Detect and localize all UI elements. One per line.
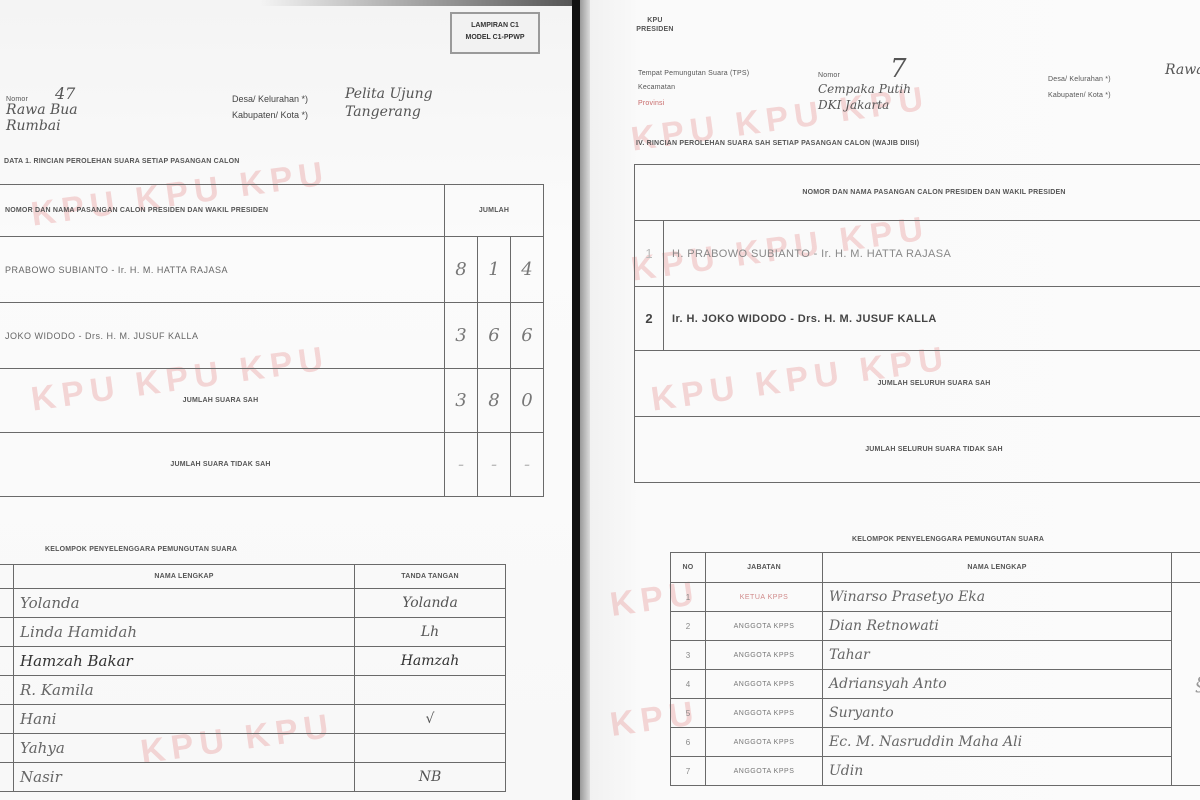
province-label: Provinsi (638, 100, 665, 107)
section-title: IV. RINCIAN PEROLEHAN SUARA SAH SETIAP P… (636, 140, 919, 147)
officers-title: KELOMPOK PENYELENGGARA PEMUNGUTAN SUARA (852, 536, 1044, 543)
kpu-logo-caption: KPU PRESIDEN (630, 16, 680, 34)
village-label: Desa/ Kelurahan *) (232, 94, 308, 104)
officers-header-no: NO (671, 553, 706, 583)
vote-digit: 6 (511, 303, 544, 369)
officer-signature: Lh (355, 618, 506, 647)
candidate-name: JOKO WIDODO - Drs. H. M. JUSUF KALLA (0, 303, 445, 369)
vote-digit: 3 (445, 303, 478, 369)
officers-header-name: NAMA LENGKAP (14, 565, 355, 589)
officer-name: Nasir (14, 763, 355, 792)
vote-table-header-name: NOMOR DAN NAMA PASANGAN CALON PRESIDEN D… (635, 165, 1200, 221)
district-label: Kecamatan (638, 84, 675, 91)
officers-header-sign: TANDA TANGAN (355, 565, 506, 589)
officer-row: 4 ANGGOTA KPPS Adriansyah Anto (671, 670, 1200, 699)
officer-signatures-column: § (1172, 583, 1200, 786)
officers-header-sign (1172, 553, 1200, 583)
officer-no: 3 (671, 641, 706, 670)
vote-digit: 3 (445, 369, 478, 433)
vote-table-header-name: NOMOR DAN NAMA PASANGAN CALON PRESIDEN D… (0, 185, 445, 237)
officer-name: Ec. M. Nasruddin Maha Ali (823, 728, 1172, 757)
vote-digit: 8 (478, 369, 511, 433)
vote-tally-table: NOMOR DAN NAMA PASANGAN CALON PRESIDEN D… (0, 184, 544, 497)
officers-table: NO JABATAN NAMA LENGKAP 1 KETUA KPPS Win… (670, 552, 1200, 786)
form-badge-line: MODEL C1-PPWP (452, 32, 538, 44)
vote-row: PRABOWO SUBIANTO - Ir. H. M. HATTA RAJAS… (0, 237, 544, 303)
district-value: Tangerang (345, 104, 421, 120)
vote-digit: 4 (511, 237, 544, 303)
district-label: Kabupaten/ Kota *) (232, 110, 308, 120)
vote-row: 2 Ir. H. JOKO WIDODO - Drs. H. M. JUSUF … (635, 287, 1200, 351)
officer-signature: Yolanda (355, 589, 506, 618)
village-value: Pelita Ujung (345, 86, 433, 102)
officer-name: Hamzah Bakar (14, 647, 355, 676)
village-label: Desa/ Kelurahan *) (1048, 76, 1111, 83)
officers-title: KELOMPOK PENYELENGGARA PEMUNGUTAN SUARA (45, 546, 237, 553)
logo-caption-line: KPU (630, 16, 680, 25)
officer-name: Hani (14, 705, 355, 734)
officer-row: 6 ANGGOTA KPPS Ec. M. Nasruddin Maha Ali (671, 728, 1200, 757)
officer-row: 7 ANGGOTA KPPS Udin (671, 757, 1200, 786)
vote-digit: 1 (478, 237, 511, 303)
section-title: DATA 1. RINCIAN PEROLEHAN SUARA SETIAP P… (4, 158, 240, 165)
officer-row: 3 ANGGOTA KPPS Tahar (671, 641, 1200, 670)
officer-row: Linda HamidahLh (0, 618, 506, 647)
officer-role: KETUA KPPS (706, 583, 823, 612)
officers-no-header (0, 565, 14, 589)
officer-name: Tahar (823, 641, 1172, 670)
total-valid-label: JUMLAH SUARA SAH (0, 369, 445, 433)
vote-digit: - (511, 433, 544, 497)
officer-no: 7 (671, 757, 706, 786)
candidate-name: PRABOWO SUBIANTO - Ir. H. M. HATTA RAJAS… (0, 237, 445, 303)
provinsi-value: DKI Jakarta (818, 98, 889, 112)
officer-signature (355, 734, 506, 763)
officer-role: ANGGOTA KPPS (706, 670, 823, 699)
officer-role: ANGGOTA KPPS (706, 757, 823, 786)
kelurahan-handwritten: Rawa Bua Rumbai (6, 102, 116, 134)
officers-header-role: JABATAN (706, 553, 823, 583)
officer-name: Dian Retnowati (823, 612, 1172, 641)
officer-row: Yahya (0, 734, 506, 763)
officer-signature: Hamzah (355, 647, 506, 676)
tps-number: 47 (55, 84, 75, 103)
regency-label: Kabupaten/ Kota *) (1048, 92, 1111, 99)
officer-name: R. Kamila (14, 676, 355, 705)
vote-row: JUMLAH SUARA SAH 3 8 0 (0, 369, 544, 433)
officers-header-name: NAMA LENGKAP (823, 553, 1172, 583)
total-invalid-label: JUMLAH SUARA TIDAK SAH (0, 433, 445, 497)
total-valid-label: JUMLAH SELURUH SUARA SAH (635, 351, 1200, 417)
vote-row: 1 H. PRABOWO SUBIANTO - Ir. H. M. HATTA … (635, 221, 1200, 287)
logo-caption-line: PRESIDEN (630, 25, 680, 34)
officer-name: Linda Hamidah (14, 618, 355, 647)
officer-role: ANGGOTA KPPS (706, 699, 823, 728)
officer-no: 5 (671, 699, 706, 728)
vote-digit: 6 (478, 303, 511, 369)
officer-role: ANGGOTA KPPS (706, 641, 823, 670)
vote-digit: - (445, 433, 478, 497)
officer-role: ANGGOTA KPPS (706, 612, 823, 641)
page-edge-shadow (260, 0, 572, 6)
candidate-number: 1 (635, 221, 664, 287)
right-form-sheet: KPU KPU KPU KPU KPU KPU KPU KPU KPU KPU … (590, 0, 1200, 800)
officer-row: Hamzah BakarHamzah (0, 647, 506, 676)
sheet-divider (572, 0, 580, 800)
officer-row: 1 KETUA KPPS Winarso Prasetyo Eka § (671, 583, 1200, 612)
officer-row: 5 ANGGOTA KPPS Suryanto (671, 699, 1200, 728)
officer-role: ANGGOTA KPPS (706, 728, 823, 757)
candidate-name: Ir. H. JOKO WIDODO - Drs. H. M. JUSUF KA… (664, 287, 1200, 351)
officer-row: YolandaYolanda (0, 589, 506, 618)
officer-row: 2 ANGGOTA KPPS Dian Retnowati (671, 612, 1200, 641)
tps-label: Tempat Pemungutan Suara (TPS) (638, 70, 749, 77)
vote-digit: 8 (445, 237, 478, 303)
kecamatan-value: Cempaka Putih (818, 82, 911, 96)
officer-name: Winarso Prasetyo Eka (823, 583, 1172, 612)
village-value: Rawasari (1165, 62, 1200, 78)
officer-row: Hani√ (0, 705, 506, 734)
officer-name: Yolanda (14, 589, 355, 618)
officer-row: NasirNB (0, 763, 506, 792)
vote-digit: - (478, 433, 511, 497)
officer-no: 2 (671, 612, 706, 641)
form-badge-line: LAMPIRAN C1 (452, 20, 538, 32)
sheet-divider-shadow (580, 0, 590, 800)
officer-name: Suryanto (823, 699, 1172, 728)
nomor-label: Nomor (818, 72, 840, 79)
vote-table-header-count: JUMLAH (445, 185, 544, 237)
candidate-name: H. PRABOWO SUBIANTO - Ir. H. M. HATTA RA… (664, 221, 1200, 287)
form-badge: LAMPIRAN C1 MODEL C1-PPWP (450, 12, 540, 54)
officer-name: Udin (823, 757, 1172, 786)
total-invalid-label: JUMLAH SELURUH SUARA TIDAK SAH (635, 417, 1200, 483)
vote-row: JUMLAH SUARA TIDAK SAH - - - (0, 433, 544, 497)
vote-digit: 0 (511, 369, 544, 433)
vote-tally-table: NOMOR DAN NAMA PASANGAN CALON PRESIDEN D… (634, 164, 1200, 483)
officers-table: NAMA LENGKAP TANDA TANGAN YolandaYolanda… (0, 564, 506, 792)
officer-signature (355, 676, 506, 705)
officer-no: 6 (671, 728, 706, 757)
officer-signature: √ (355, 705, 506, 734)
candidate-number: 2 (635, 287, 664, 351)
officer-name: Adriansyah Anto (823, 670, 1172, 699)
tps-number: 7 (890, 54, 907, 84)
officer-signature: NB (355, 763, 506, 792)
left-form-sheet: KPU KPU KPU KPU KPU KPU KPU KPU LAMPIRAN… (0, 0, 572, 800)
officer-row: R. Kamila (0, 676, 506, 705)
vote-row: JOKO WIDODO - Drs. H. M. JUSUF KALLA 3 6… (0, 303, 544, 369)
officer-no: 1 (671, 583, 706, 612)
officer-no: 4 (671, 670, 706, 699)
officer-name: Yahya (14, 734, 355, 763)
